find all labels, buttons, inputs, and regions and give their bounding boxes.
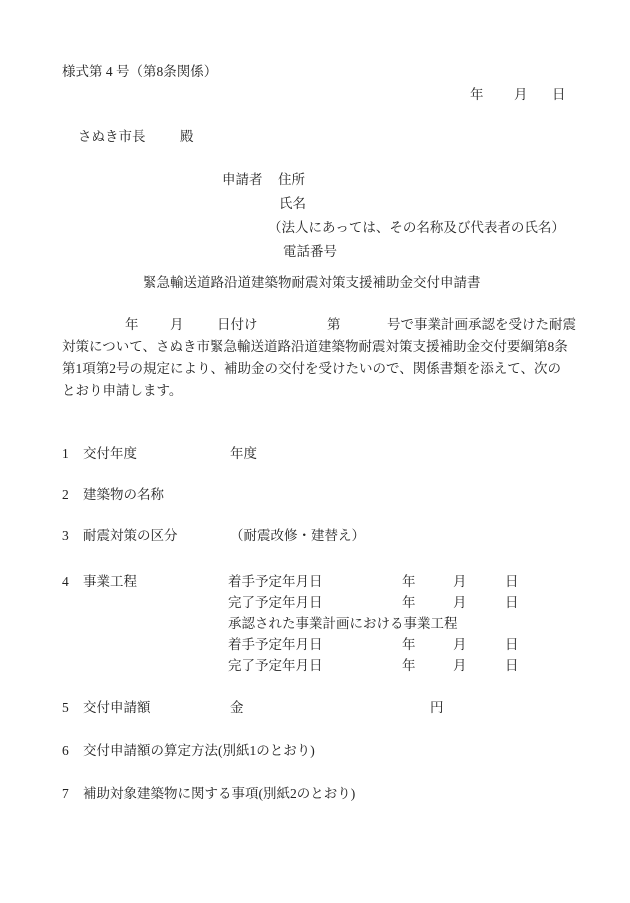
schedule-label: 着手予定年月日 bbox=[228, 637, 323, 652]
item-number: 7 bbox=[62, 787, 83, 801]
schedule-year-label: 年 bbox=[402, 638, 416, 652]
amount-prefix: 金 bbox=[230, 700, 244, 715]
schedule-label: 完了予定年月日 bbox=[228, 658, 323, 673]
applicant-name-label: 氏名 bbox=[279, 197, 306, 211]
date-month-label: 月 bbox=[514, 88, 528, 102]
item-label: 交付年度 bbox=[83, 447, 230, 461]
item-value: 年度 bbox=[230, 446, 257, 461]
schedule-label: 着手予定年月日 bbox=[228, 574, 323, 589]
schedule-month-label: 月 bbox=[453, 596, 467, 610]
schedule-day-label: 日 bbox=[505, 575, 519, 589]
item-label: 交付申請額の算定方法(別紙1のとおり) bbox=[83, 743, 315, 758]
body-line-3: 第1項第2号の規定により、補助金の交付を受けたいので、関係書類を添えて、次の bbox=[62, 362, 561, 376]
item-5-application-amount: 5交付申請額金円 bbox=[62, 701, 510, 715]
schedule-year-label: 年 bbox=[402, 575, 416, 589]
item-number: 3 bbox=[62, 529, 83, 543]
schedule-day-label: 日 bbox=[505, 596, 519, 610]
body-line-2: 対策について、さぬき市緊急輸送道路沿道建築物耐震対策支援補助金交付要綱第8条 bbox=[62, 340, 568, 354]
schedule-day-label: 日 bbox=[505, 659, 519, 673]
item-label: 交付申請額 bbox=[83, 701, 230, 715]
date-year-label: 年 bbox=[470, 88, 484, 102]
schedule-row-approved-plan-heading: 承認された事業計画における事業工程 bbox=[228, 617, 558, 638]
schedule-label: 完了予定年月日 bbox=[228, 595, 323, 610]
schedule-row-start-planned: 着手予定年月日 年 月 日 bbox=[228, 575, 558, 596]
applicant-address-label: 住所 bbox=[278, 173, 305, 187]
schedule-month-label: 月 bbox=[453, 575, 467, 589]
schedule-day-label: 日 bbox=[505, 638, 519, 652]
item-number: 5 bbox=[62, 701, 83, 715]
schedule-row-approved-start: 着手予定年月日 年 月 日 bbox=[228, 638, 558, 659]
item-7-subject-building-matters: 7補助対象建築物に関する事項(別紙2のとおり) bbox=[62, 787, 355, 801]
body-number-prefix: 第 bbox=[327, 318, 341, 332]
amount-suffix: 円 bbox=[430, 701, 444, 715]
body-year-label: 年 bbox=[125, 318, 139, 332]
body-day-label: 日付け bbox=[217, 318, 258, 332]
schedule-year-label: 年 bbox=[402, 659, 416, 673]
application-form-page: 様式第 4 号（第8条関係） 年 月 日 さぬき市長 殿 申請者 住所 氏名 （… bbox=[0, 0, 630, 903]
applicant-corporation-note: （法人にあっては、その名称及び代表者の氏名） bbox=[268, 221, 565, 235]
item-label: 建築物の名称 bbox=[83, 488, 230, 502]
item-number: 1 bbox=[62, 447, 83, 461]
item-4-schedule-block: 着手予定年月日 年 月 日 完了予定年月日 年 月 日 承認された事業計画におけ… bbox=[228, 575, 558, 680]
item-4-project-schedule: 4事業工程 bbox=[62, 575, 230, 589]
item-number: 2 bbox=[62, 488, 83, 502]
item-number: 4 bbox=[62, 575, 83, 589]
amount-field: 金円 bbox=[230, 701, 510, 715]
body-line-4: とおり申請します。 bbox=[62, 384, 182, 398]
applicant-label: 申請者 bbox=[222, 173, 263, 187]
item-label: 補助対象建築物に関する事項(別紙2のとおり) bbox=[83, 786, 355, 801]
item-3-measure-category: 3耐震対策の区分（耐震改修・建替え） bbox=[62, 529, 365, 543]
form-number: 様式第 4 号（第8条関係） bbox=[62, 65, 217, 79]
body-month-label: 月 bbox=[170, 318, 184, 332]
addressee-honorific: 殿 bbox=[180, 130, 194, 144]
body-line-1: 年 月 日付け 第 号で事業計画承認を受けた耐震 bbox=[62, 318, 582, 333]
item-number: 6 bbox=[62, 744, 83, 758]
body-line-1-text: 号で事業計画承認を受けた耐震 bbox=[387, 318, 576, 332]
item-2-building-name: 2建築物の名称 bbox=[62, 488, 230, 502]
addressee-line: さぬき市長 殿 bbox=[78, 130, 218, 145]
item-1-grant-year: 1交付年度年度 bbox=[62, 447, 257, 461]
addressee-name: さぬき市長 bbox=[78, 129, 146, 144]
schedule-year-label: 年 bbox=[402, 596, 416, 610]
schedule-row-approved-completion: 完了予定年月日 年 月 日 bbox=[228, 659, 558, 680]
item-value: （耐震改修・建替え） bbox=[230, 528, 365, 543]
item-label: 事業工程 bbox=[83, 575, 230, 589]
document-title: 緊急輸送道路沿道建築物耐震対策支援補助金交付申請書 bbox=[143, 276, 481, 290]
schedule-row-completion-planned: 完了予定年月日 年 月 日 bbox=[228, 596, 558, 617]
date-day-label: 日 bbox=[552, 88, 566, 102]
schedule-month-label: 月 bbox=[453, 659, 467, 673]
item-6-calculation-method: 6交付申請額の算定方法(別紙1のとおり) bbox=[62, 744, 315, 758]
schedule-month-label: 月 bbox=[453, 638, 467, 652]
item-label: 耐震対策の区分 bbox=[83, 529, 230, 543]
schedule-label: 承認された事業計画における事業工程 bbox=[228, 616, 458, 631]
date-line: 年 月 日 bbox=[470, 88, 566, 103]
applicant-phone-label: 電話番号 bbox=[283, 245, 337, 259]
